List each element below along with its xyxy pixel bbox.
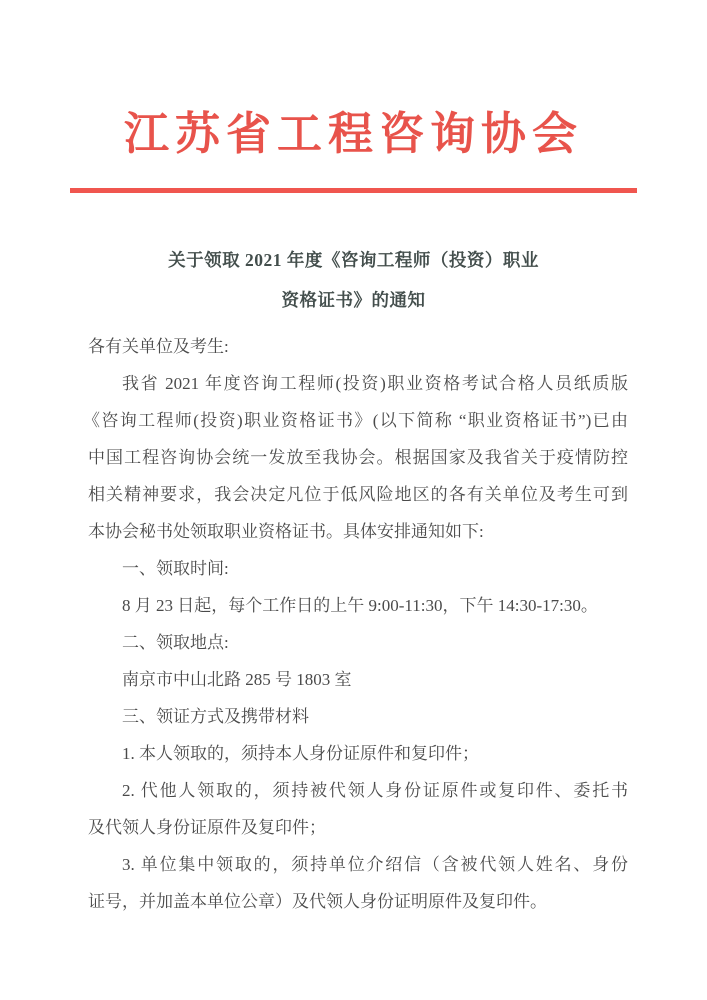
- body-line: 1. 本人领取的，须持本人身份证原件和复印件；: [88, 735, 628, 772]
- body-line: 证号，并加盖本单位公章）及代领人身份证明原件及复印件。: [88, 883, 628, 920]
- body-line: 中国工程咨询协会统一发放至我协会。根据国家及我省关于疫情防控: [88, 439, 628, 476]
- body-line: 及代领人身份证原件及复印件；: [88, 809, 628, 846]
- body-line: 2. 代他人领取的，须持被代领人身份证原件或复印件、委托书: [88, 772, 628, 809]
- body-line: 二、领取地点:: [88, 624, 628, 661]
- notice-title: 关于领取 2021 年度《咨询工程师（投资）职业 资格证书》的通知: [0, 240, 707, 320]
- body-line: 各有关单位及考生:: [88, 328, 628, 365]
- body-line: 8 月 23 日起，每个工作日的上午 9:00-11:30，下午 14:30-1…: [88, 587, 628, 624]
- letterhead: 江苏省工程咨询协会: [0, 0, 707, 193]
- letterhead-rule: [70, 188, 637, 193]
- notice-body: 各有关单位及考生:我省 2021 年度咨询工程师(投资)职业资格考试合格人员纸质…: [88, 328, 628, 920]
- notice-title-line-1: 关于领取 2021 年度《咨询工程师（投资）职业: [0, 240, 707, 280]
- body-line: 相关精神要求，我会决定凡位于低风险地区的各有关单位及考生可到: [88, 476, 628, 513]
- body-line: 三、领证方式及携带材料: [88, 698, 628, 735]
- org-name: 江苏省工程咨询协会: [0, 0, 707, 162]
- notice-title-line-2: 资格证书》的通知: [0, 280, 707, 320]
- body-line: 本协会秘书处领取职业资格证书。具体安排通知如下:: [88, 513, 628, 550]
- body-line: 南京市中山北路 285 号 1803 室: [88, 661, 628, 698]
- body-line: 3. 单位集中领取的，须持单位介绍信（含被代领人姓名、身份: [88, 846, 628, 883]
- body-line: 《咨询工程师(投资)职业资格证书》(以下简称 “职业资格证书”)已由: [83, 402, 628, 439]
- body-line: 我省 2021 年度咨询工程师(投资)职业资格考试合格人员纸质版: [88, 365, 628, 402]
- document-page: 江苏省工程咨询协会 关于领取 2021 年度《咨询工程师（投资）职业 资格证书》…: [0, 0, 707, 1000]
- body-line: 一、领取时间:: [88, 550, 628, 587]
